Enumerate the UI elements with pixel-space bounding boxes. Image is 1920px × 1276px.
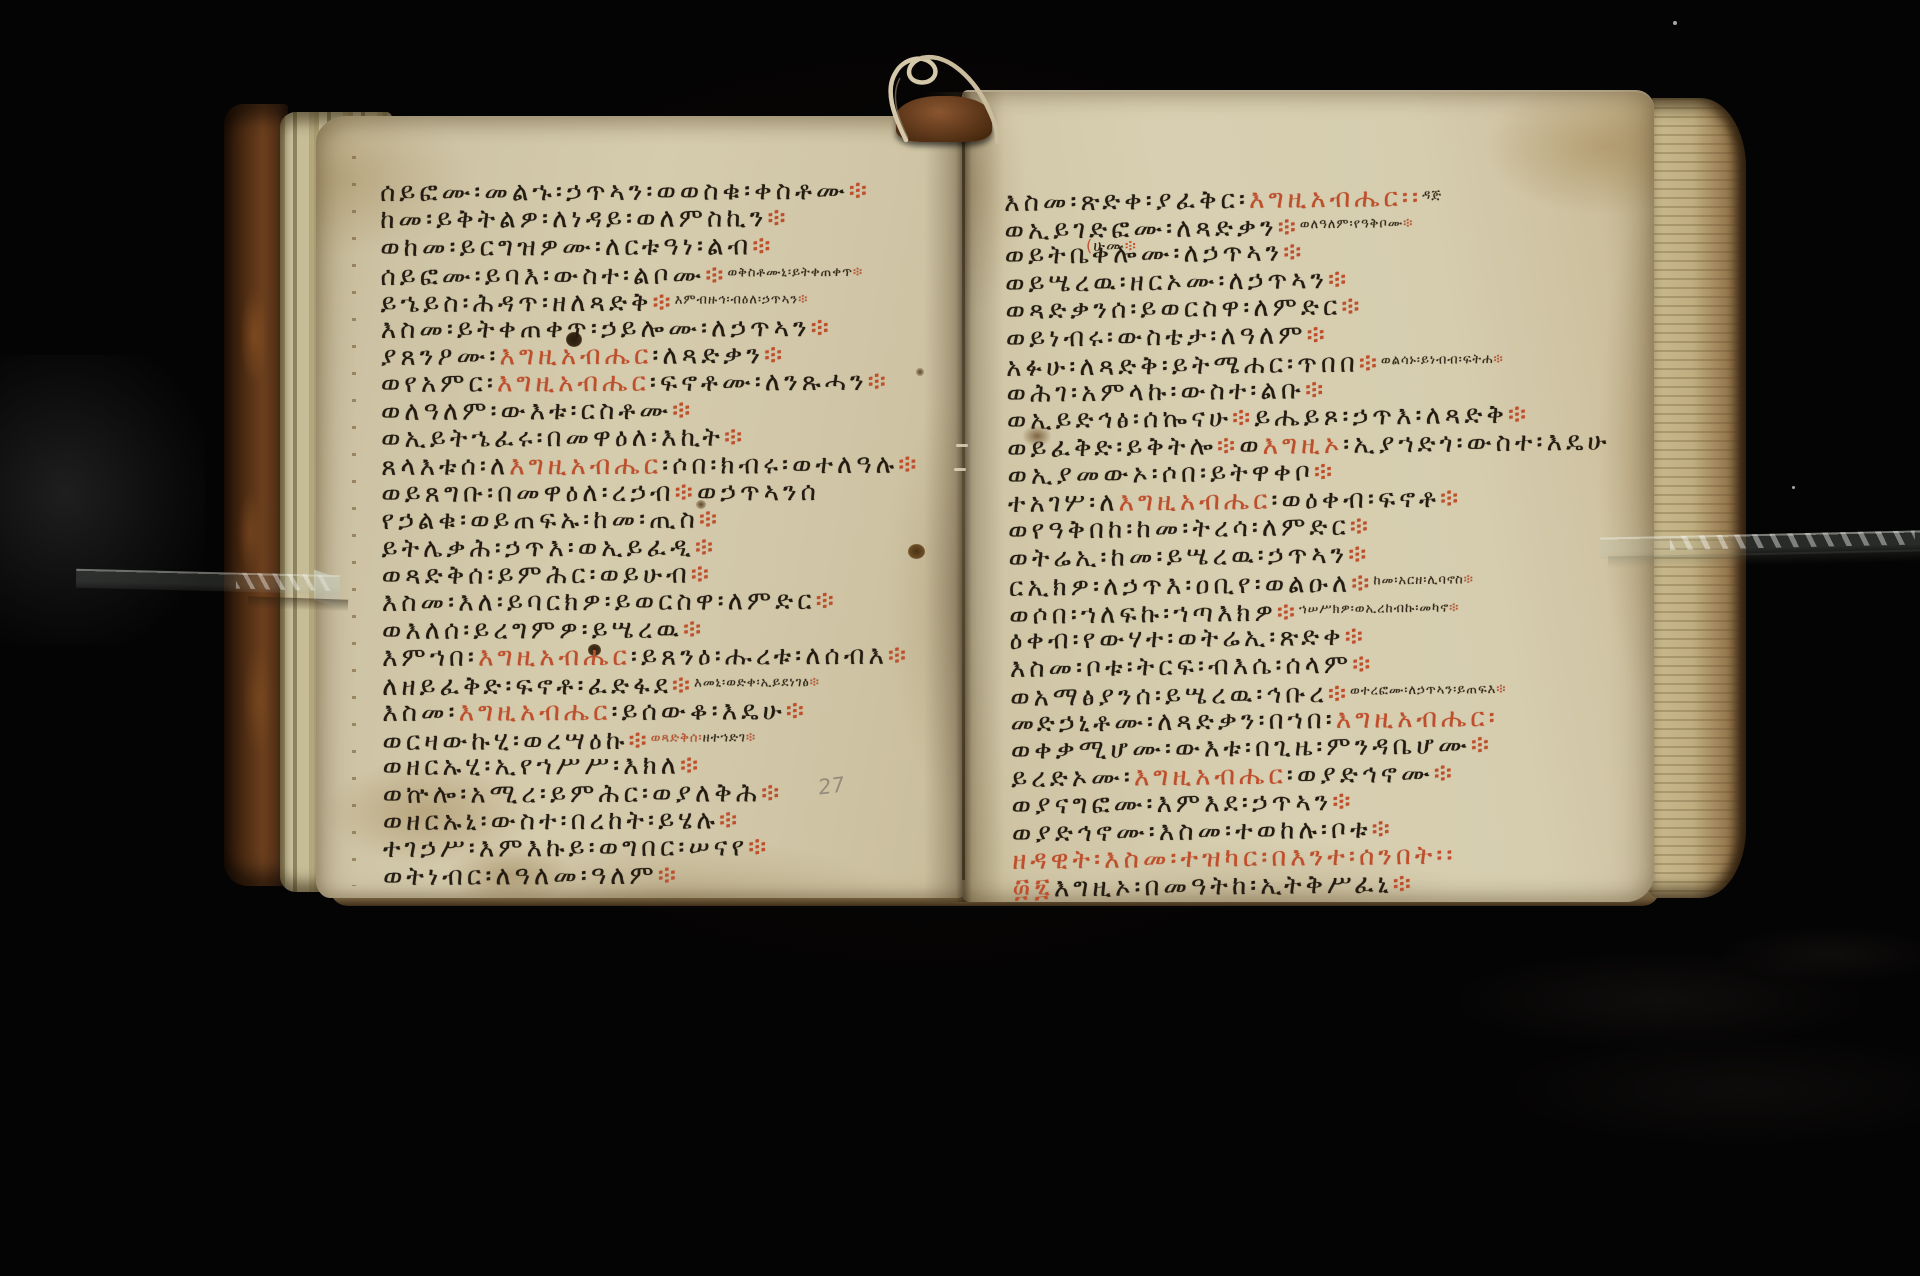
rubric-text: ፨ [1359, 348, 1382, 378]
ink-text: ፡ይሰውቆ፡እዴሁ [611, 696, 785, 727]
rubric-text: ፨ [699, 505, 721, 535]
manuscript-line: ሰይፎሙ፡መልኁ፡ኃጥኣን፡ወወስቁ፡ቀስቶሙ፨ [380, 178, 871, 206]
manuscript-line: ፴፯እግዚኦ፡በመዓትከ፡ኢትቅሥፈኒ፨ [1012, 871, 1415, 902]
rubric-text: ፨ [786, 696, 808, 726]
ink-text: ተገኃሥ፡እምእኩይ፡ወግበር፡ሠናየ [383, 833, 748, 865]
manuscript-line: ወይነብሩ፡ውስቴታ፡ለዓለም፨ [1006, 322, 1329, 352]
rubric-text: ፨ [1232, 403, 1255, 433]
manuscript-line: ወለዓለም፡ውእቱ፡ርስቶሙ፨ [381, 397, 694, 424]
text-block-right: እስመ፡ጽድቀ፡ያፈቅር፡እግዚአብሔር፡፡ዳጅወኢይገድፎሙ፡ለጻድቃን፨ወለ… [1004, 181, 1613, 913]
ink-text: እምብዙኅ፡ብዕለ፡ኃጥኣን [675, 293, 799, 309]
folio-number-pencil: 27 [818, 772, 845, 799]
rubric-text: ፨ [746, 730, 756, 745]
ink-text: ወለዓለም፡የዓቅቦሙ [1300, 216, 1404, 232]
ink-text: ወኃጥኣንሰ [697, 477, 820, 508]
ink-text: ኀሠሥክዎ፡ወኢረከብኩ፡መካኖ [1299, 600, 1449, 617]
ink-text: ዳጅ [1422, 188, 1442, 203]
ink-text: ፡ይጸንዕ፡ሑረቱ፡ለሰብእ [631, 641, 888, 672]
rubric-text: ፨ [798, 293, 808, 308]
rubric-text: ፨ [1217, 431, 1240, 461]
rubric-text: ፨ [752, 231, 774, 261]
rubric-text: ፨ [1344, 622, 1367, 652]
rubric-text: ፨ [1493, 352, 1503, 367]
manuscript-line: እስመ፡እግዚአብሔር፡ይሰውቆ፡እዴሁ፨ [382, 698, 808, 726]
manuscript-line: ወኵሎ፡አሚረ፡ይምሕር፡ወያለቅሕ፨ [383, 780, 784, 808]
dust-speck [1673, 21, 1677, 25]
rubric-text: ወጻድቅሰ፡ [651, 731, 703, 746]
manuscript-line: ወትነብር፡ለዓለመ፡ዓለም፨ [383, 862, 680, 889]
manuscript-line: እስመ፡ይትቀጠቀጥ፡ኃይሎሙ፡ለኃጥኣን፨ [381, 315, 833, 343]
rubric-text: ፨ [1125, 236, 1137, 255]
ink-text: ወተረፎሙ፡ለኃጥኣን፡ይጠፍእ [1350, 682, 1496, 699]
ink-text: ወትሬኢ፡ከመ፡ይሤረዉ፡ኃጥኣን [1008, 539, 1348, 573]
rubric-text: ፨ [1350, 512, 1373, 542]
rubric-text: እግዚአብሔር [499, 341, 652, 372]
rubric-text: ፨ [816, 586, 838, 616]
pricking-holes [352, 156, 356, 886]
rubric-text: ፨ [898, 449, 920, 479]
rubric-text: ፨ [1283, 237, 1306, 267]
rubric-text: ፨ [1403, 216, 1413, 231]
rubric-text: ፨ [691, 559, 713, 589]
rubric-text: እግዚአብሔር [459, 697, 612, 728]
ink-text: ተአገሦ፡ለ [1008, 487, 1119, 518]
ink-text: ሁሙ [1093, 236, 1125, 255]
manuscript-line: ተገኃሥ፡እምእኩይ፡ወግበር፡ሠናየ፨ [383, 835, 771, 863]
rubric-text: ፨ [658, 860, 680, 890]
ink-text: ወየአምር፡ [381, 369, 497, 400]
ink-text: ያጸንዖሙ፡ [381, 342, 500, 373]
manuscript-line: እስመ፡እለ፡ይባርክዎ፡ይወርስዋ፡ለምድር፨ [382, 588, 838, 616]
rubric-text: ፨ [1392, 869, 1415, 899]
manuscript-line: ያጸንዖሙ፡እግዚአብሔር፡ለጻድቃን፨ [381, 342, 787, 370]
manuscript-line: ተአገሦ፡ለእግዚአብሔር፡ወዕቀብ፡ፍኖቶ፨ [1008, 485, 1463, 517]
leather-cover-edge [224, 104, 288, 886]
rubric-text: ፨ [1305, 375, 1328, 405]
ink-text: እስመ፡ [382, 697, 458, 727]
ink-text: ወይነብሩ፡ውስቴታ፡ለዓለም [1006, 320, 1307, 354]
manuscript-line: ወይጸግቡ፡በመዋዕለ፡ረኃብ፨ወኃጥኣንሰ [381, 479, 820, 507]
ink-text: እመኒ፡ወድቀ፡ኢይደነገፅ [694, 675, 810, 691]
rubric-text: እግዚኦ [1262, 429, 1343, 460]
rubric-text: ፨ [1440, 483, 1463, 513]
rubric-text: ፨ [761, 778, 783, 808]
ink-text: ከመ፡አርዘ፡ሊባኖስ [1373, 572, 1464, 588]
ink-text: ወልሳኑ፡ይነብብ፡ፍትሐ [1381, 352, 1494, 368]
rubric-text: ፨ [1306, 320, 1329, 350]
rubric-text: ፨ [748, 833, 770, 863]
hand-shadow [0, 355, 205, 645]
rubric-text: ፨ [672, 395, 694, 425]
ink-text: ፡ፍኖቶሙ፡ለንጹሓን [650, 367, 868, 398]
rubric-text: ፨ [764, 340, 786, 370]
rubric-text: ፨ [1371, 814, 1394, 844]
manuscript-line: ይትሌቃሕ፡ኃጥእ፡ወኢይፈዲ፨ [382, 534, 718, 561]
rubric-text: ፨ [1341, 292, 1364, 322]
manuscript-line: የኃልቁ፡ወይጠፍኡ፡ከመ፡ጢስ፨ [381, 507, 721, 534]
manuscript-line: ወኢይትኄፈሩ፡በመዋዕለ፡እኪት፨ [381, 425, 746, 453]
rubric-text: ፨ [1449, 600, 1459, 615]
rubric-text: ፨ [1471, 730, 1494, 760]
manuscript-line: ወእለሰ፡ይረግምዎ፡ይሤረዉ፨ [382, 616, 705, 643]
ink-text: ወቅስቶሙኒ፡ይትቀጠቀጥ [727, 265, 853, 281]
manuscript-line: እስመ፡ቦቱ፡ትርፍ፡ብእሴ፡ሰላም፨ [1010, 651, 1375, 681]
rubric-text: ፨ [1433, 758, 1456, 788]
rubric-text: እግዚአብሔር [478, 642, 631, 673]
ink-text: እግዚኦ፡በመዓትከ፡ኢትቅሥፈኒ [1054, 869, 1393, 903]
rubric-text: እግዚአብሔር [509, 450, 662, 481]
text-block-left: ሰይፎሙ፡መልኁ፡ኃጥኣን፡ወወስቁ፡ቀስቶሙ፨ከመ፡ይቅትልዎ፡ለነዳይ፡ወለ… [380, 177, 963, 900]
binding-thread-icon [856, 18, 1026, 153]
manuscript-line: እምኀበ፡እግዚአብሔር፡ይጸንዕ፡ሑረቱ፡ለሰብእ፨ [382, 643, 910, 671]
ink-text: ጸላእቱሰ፡ለ [381, 451, 509, 482]
rubric-text: ፨ [675, 477, 697, 507]
ink-text: ፡ኢያኀድጎ፡ውስተ፡እዴሁ [1343, 426, 1611, 459]
rubric-text: ፨ [1496, 682, 1506, 697]
rubric-text: ፨ [1314, 457, 1337, 487]
manuscript-line: ሰይፎሙ፡ይባእ፡ውስተ፡ልቦሙ፨ወቅስቶሙኒ፡ይትቀጠቀጥ፨ [380, 260, 863, 290]
rubric-text: ፨ [1464, 572, 1474, 587]
rubric-text: ፨ [1352, 649, 1375, 679]
manuscript-line: ከመ፡ይቅትልዎ፡ለነዳይ፡ወለምስኪን፨ [380, 206, 790, 234]
rubric-text: ፨ [1332, 787, 1355, 817]
rubric-text: ፨ [705, 261, 727, 291]
rubric-text: እግዚአብሔር [497, 368, 650, 399]
dust-speck [1792, 486, 1795, 489]
fore-edge-right [1648, 98, 1746, 898]
rubric-text: ፨ [853, 265, 863, 280]
manuscript-line: ወዘርኡኒ፡ውስተ፡በረከት፡ይሄሉ፨ [383, 807, 742, 835]
rubric-text: ፴፯ [1012, 873, 1054, 904]
ink-text: እስመ፡ቦቱ፡ትርፍ፡ብእሴ፡ሰላም [1010, 649, 1353, 683]
manuscript-line: ይረድኦሙ፡እግዚአብሔር፡ወያድኅኖሙ፨ [1011, 760, 1456, 791]
rubric-text: ፨ [1508, 400, 1531, 430]
rubric-text: ፨ [810, 675, 820, 690]
ink-text: ወከመ፡ይርግዝዎሙ፡ለርቱዓነ፡ልብ [380, 231, 752, 263]
rubric-text: ፨ [680, 751, 702, 781]
ink-text: ወትነብር፡ለዓለመ፡ዓለም [383, 861, 658, 892]
manuscript-line: ወከመ፡ይርግዝዎሙ፡ለርቱዓነ፡ልብ፨ [380, 233, 774, 261]
rubric-text: ፨ [1328, 264, 1351, 294]
rubric-text: ፨ [719, 805, 741, 835]
manuscript-line: ጸላእቱሰ፡ለእግዚአብሔር፡ሶበ፡ክብሩ፡ወተለዓሉ፨ [381, 451, 920, 479]
manuscript-line: ወየአምር፡እግዚአብሔር፡ፍኖቶሙ፡ለንጹሓን፨ [381, 369, 890, 397]
ink-text: እምኀበ፡ [382, 643, 478, 673]
inner-margin-correction-note: (ሁሙ፨ [1086, 236, 1137, 256]
rubric-text: ፨ [724, 423, 746, 453]
rubric-text: ፨ [767, 204, 789, 234]
manuscript-line: ወጻድቅሰ፡ይምሕር፡ወይሁብ፨ [382, 561, 713, 588]
rubric-text: ፨ [849, 176, 871, 206]
rubric-text: ፨ [888, 641, 910, 671]
rubric-text: ፨ [811, 313, 833, 343]
rubric-text: ፨ [695, 532, 717, 562]
ink-text: ፡ወያድኅኖሙ [1287, 758, 1434, 790]
ink-text: ወ [1239, 430, 1263, 460]
ink-blot [508, 154, 519, 164]
ink-text: ፡ለጻድቃን [652, 340, 764, 370]
manuscript-line: ወዘርኡሂ፡ኢየኀሥሥ፡እክለ፨ [383, 753, 703, 780]
rubric-text: ፨ [683, 614, 705, 644]
ink-text: ፡ሶበ፡ክብሩ፡ወተለዓሉ [662, 449, 898, 480]
manuscript-line: ወትሬኢ፡ከመ፡ይሤረዉ፡ኃጥኣን፨ [1008, 541, 1370, 571]
rubric-text: ፨ [1348, 539, 1371, 569]
rubric-text: ፨ [1351, 569, 1374, 599]
rubric-text: ፨ [867, 367, 889, 397]
ink-text: እስመ፡እለ፡ይባርክዎ፡ይወርስዋ፡ለምድር [382, 586, 816, 618]
ink-text: ፡ወዕቀብ፡ፍኖቶ [1271, 483, 1440, 515]
ink-text: ዘተኀድገ [703, 730, 746, 745]
